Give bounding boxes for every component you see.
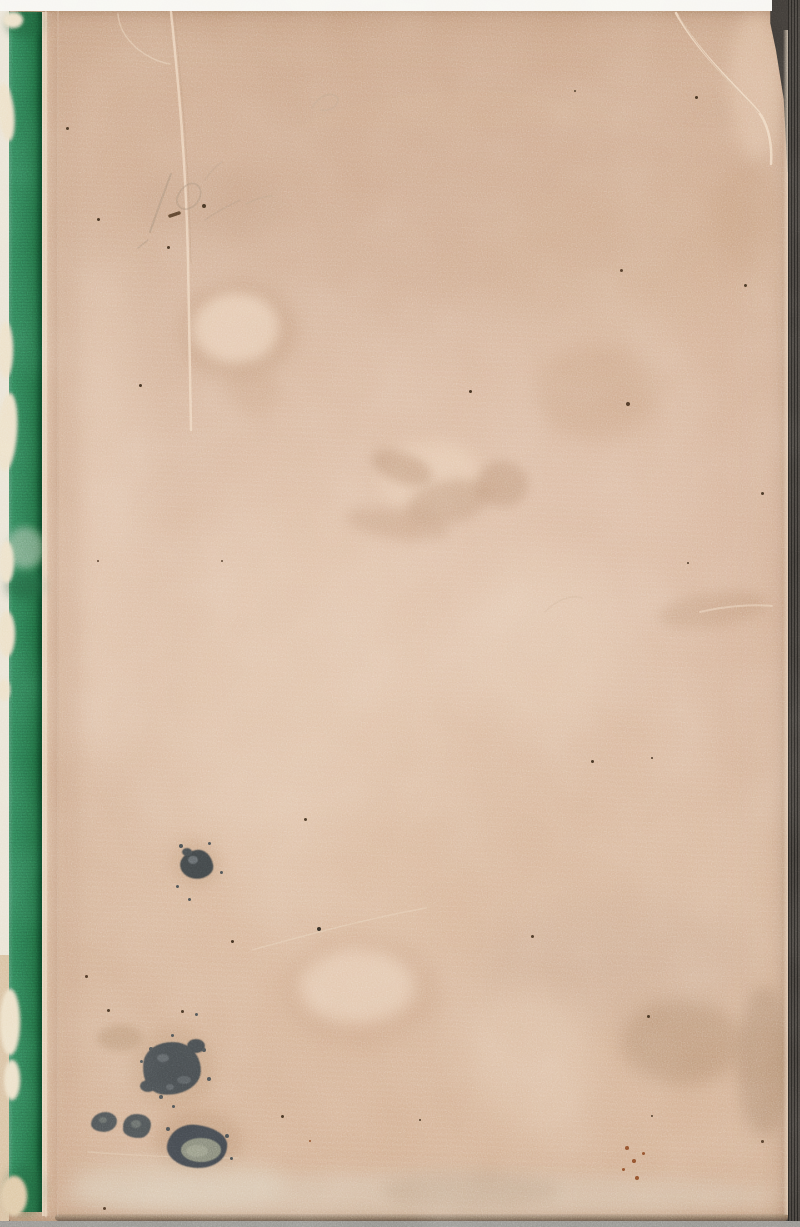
speck: [230, 1157, 233, 1160]
speck: [642, 1152, 645, 1155]
speck: [166, 1127, 170, 1131]
speck: [622, 1168, 625, 1171]
speck: [139, 384, 142, 387]
speck: [103, 1207, 106, 1210]
speck: [179, 844, 183, 848]
speck: [195, 1013, 198, 1016]
speck: [632, 1159, 636, 1163]
scan-left-edge-tan: [0, 955, 9, 1221]
speck: [651, 1115, 653, 1117]
speck: [225, 1134, 229, 1138]
speck: [651, 757, 653, 759]
speck: [531, 935, 534, 938]
scan-right-edge: [788, 0, 800, 1227]
board-bottom-edge-shadow: [55, 1214, 789, 1221]
speck: [591, 760, 594, 763]
scan-top-edge: [0, 0, 772, 11]
speck: [85, 975, 88, 978]
speck-layer: [9, 10, 789, 1222]
speck: [202, 204, 206, 208]
speck: [744, 284, 747, 287]
speck: [695, 96, 698, 99]
speck: [221, 560, 223, 562]
speck: [167, 246, 170, 249]
speck: [97, 560, 99, 562]
speck: [149, 1047, 153, 1051]
speck: [140, 1060, 143, 1063]
speck: [281, 1115, 284, 1118]
speck: [620, 269, 623, 272]
speck: [171, 1034, 174, 1037]
speck: [208, 842, 211, 845]
speck: [317, 927, 321, 931]
speck: [625, 1146, 629, 1150]
speck: [172, 1105, 175, 1108]
speck: [220, 871, 223, 874]
speck: [419, 1119, 421, 1121]
speck: [231, 940, 234, 943]
speck: [469, 390, 472, 393]
speck: [304, 818, 307, 821]
speck: [207, 1077, 211, 1081]
speck: [188, 898, 191, 901]
scan-bottom-edge: [0, 1221, 800, 1227]
scan-background: [0, 0, 800, 1227]
speck: [159, 1095, 163, 1099]
speck: [574, 90, 576, 92]
speck: [181, 1010, 184, 1013]
speck: [176, 885, 179, 888]
speck: [309, 1140, 311, 1142]
speck: [647, 1015, 650, 1018]
speck: [635, 1176, 639, 1180]
speck: [97, 218, 100, 221]
speck: [761, 1140, 764, 1143]
speck: [66, 127, 69, 130]
speck: [761, 492, 764, 495]
speck: [687, 562, 689, 564]
speck: [107, 1009, 110, 1012]
speck: [626, 402, 630, 406]
speck: [202, 1048, 206, 1052]
